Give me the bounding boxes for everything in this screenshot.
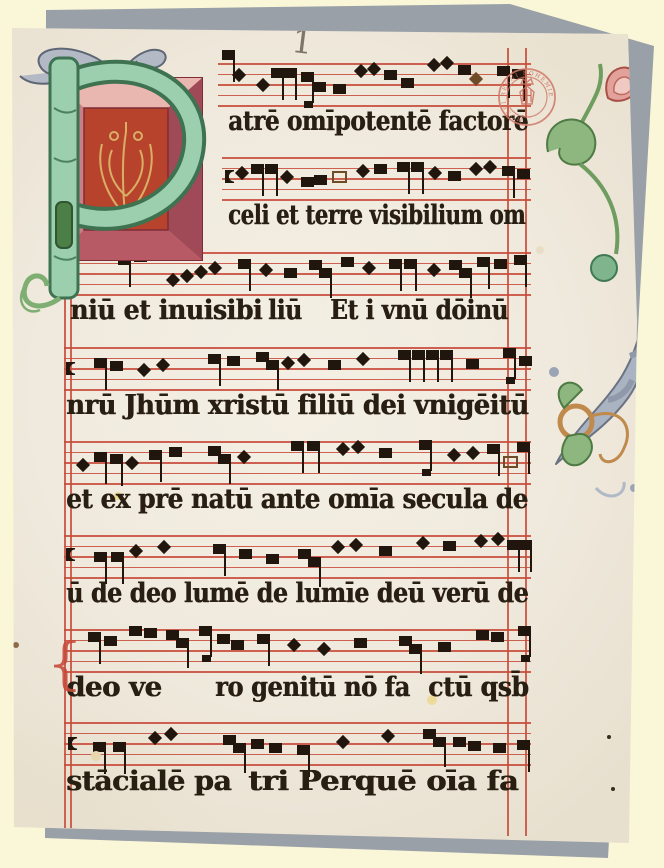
lyric-segment: ro genitū nō fa [215,672,410,704]
lyric-segment: stācialē pa [66,766,231,798]
lyric-segment: et ex prē natū ante omīa secula de [66,484,528,516]
lyric-segment: ū de deo lumē de lumīe deū verū de [66,578,528,610]
lyric-segment: ctū qsb̄ [428,672,528,704]
lyric-segment: atrē omīpotentē factorē [228,106,528,138]
manuscript-page: 1 atrē omīpotentē factorēceli et terre v… [0,0,664,868]
lyric-segment: Et i vnū dōinū [330,295,508,327]
illuminated-initial-p [10,46,225,316]
margin-line-ornament: { [47,632,83,697]
library-stamp: MUSEI REGNI BOHEMIE [497,67,557,127]
manuscript-photo: 1 atrē omīpotentē factorēceli et terre v… [0,0,664,868]
lyric-segment: celi et terre visibilium om [228,200,525,232]
lyric-segment: liū [268,295,302,327]
lyric-segment: tri Perquē oīa fa [248,766,518,798]
lyric-segment: nrū Jhūm xristū filiū dei vnigēitū [66,390,529,422]
